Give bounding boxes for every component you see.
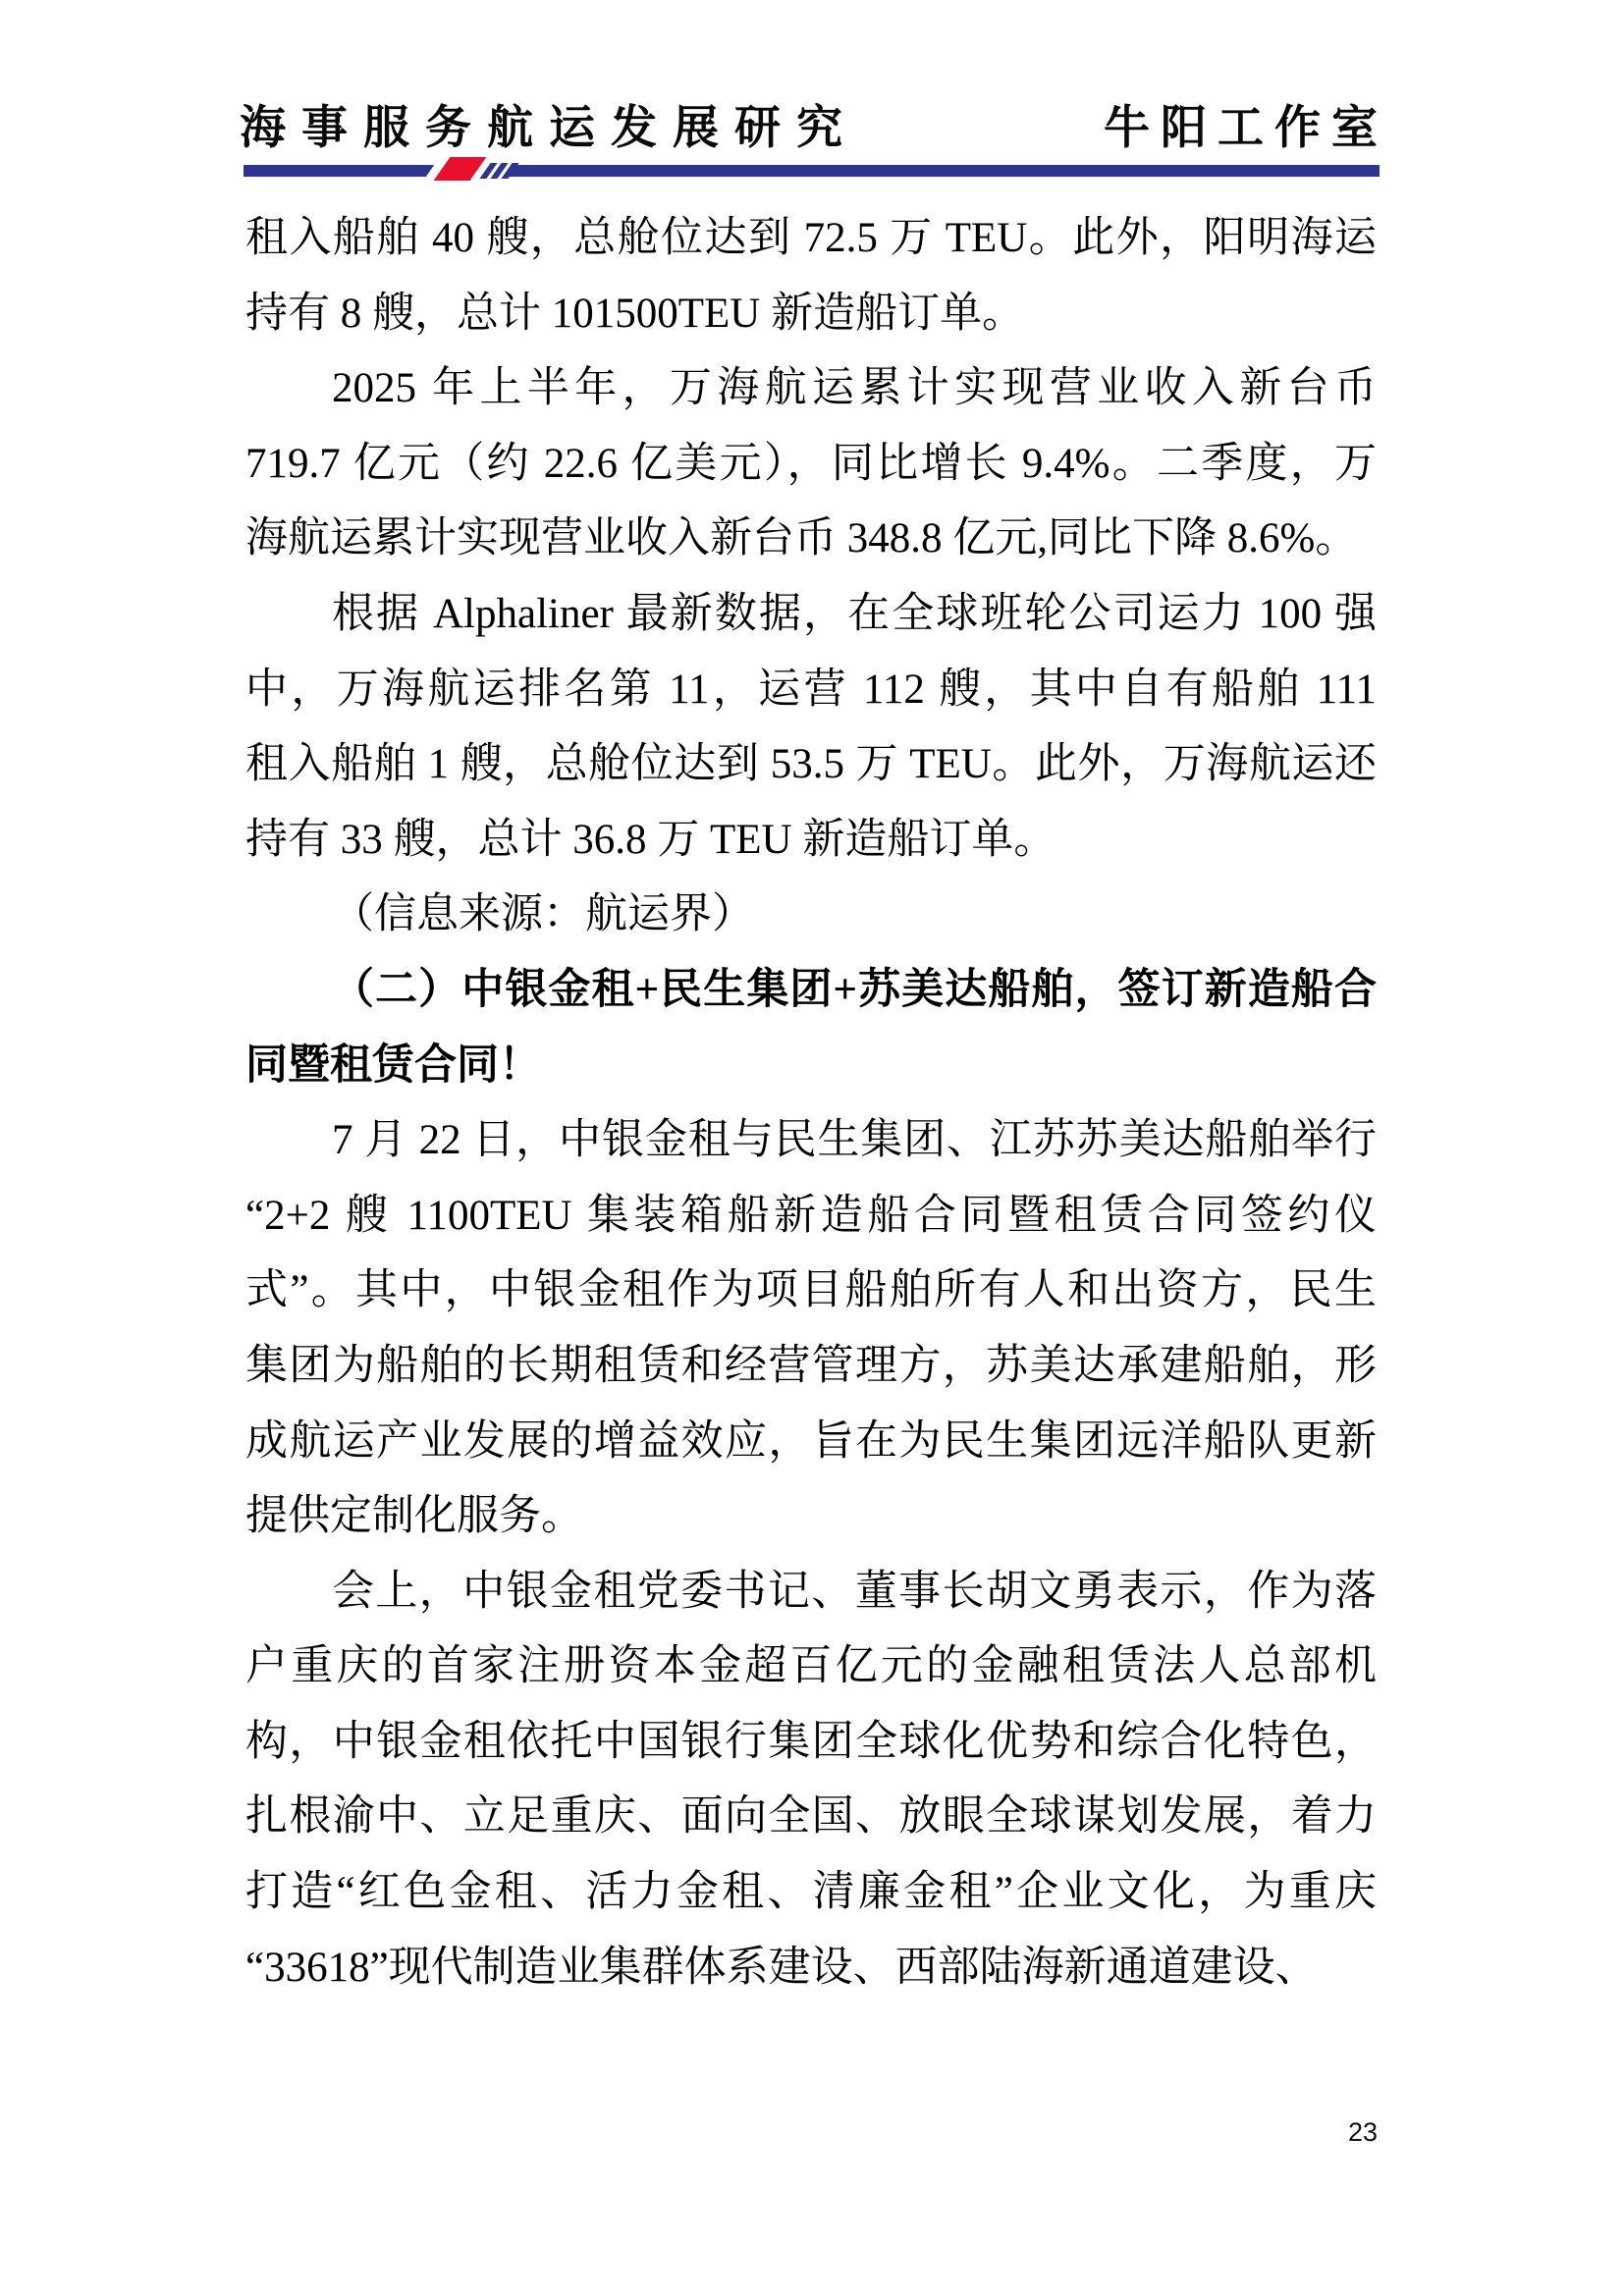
document-page: 海事服务航运发展研究 牛阳工作室 租入船舶 40 艘，总舱位达到 72.5 万 … (0, 0, 1624, 2296)
text-line: 719.7 亿元（约 22.6 亿美元），同比增长 9.4%。二季度，万 (245, 427, 1377, 503)
header-right-title: 牛阳工作室 (1104, 98, 1388, 157)
text-line: （二）中银金租+民生集团+苏美达船舶，签订新造船合 (245, 953, 1377, 1029)
text-line: 租入船舶 1 艘，总舱位达到 53.5 万 TEU。此外，万海航运还 (245, 727, 1377, 803)
text-line: （信息来源：航运界） (245, 878, 1377, 953)
text-line: 打造“红色金租、活力金租、清廉金租”企业文化，为重庆 (245, 1855, 1377, 1931)
page-number: 23 (1348, 2112, 1378, 2152)
header-left-title: 海事服务航运发展研究 (240, 98, 858, 157)
text-line: 中，万海航运排名第 11，运营 112 艘，其中自有船舶 111 艘、 (245, 653, 1377, 728)
text-line: 会上，中银金租党委书记、董事长胡文勇表示，作为落 (245, 1555, 1377, 1630)
text-line: 提供定制化服务。 (245, 1479, 1377, 1555)
text-line: 租入船舶 40 艘，总舱位达到 72.5 万 TEU。此外，阳明海运 (245, 201, 1377, 277)
text-line: 同暨租赁合同！ (245, 1029, 1377, 1104)
text-line: 持有 8 艘，总计 101500TEU 新造船订单。 (245, 277, 1377, 352)
text-line: 户重庆的首家注册资本金超百亿元的金融租赁法人总部机 (245, 1629, 1377, 1705)
text-line: 持有 33 艘，总计 36.8 万 TEU 新造船订单。 (245, 803, 1377, 879)
body-text: 租入船舶 40 艘，总舱位达到 72.5 万 TEU。此外，阳明海运持有 8 艘… (245, 201, 1377, 2005)
text-line: 集团为船舶的长期租赁和经营管理方，苏美达承建船舶，形 (245, 1329, 1377, 1405)
text-line: 7 月 22 日，中银金租与民生集团、江苏苏美达船舶举行 (245, 1103, 1377, 1179)
text-line: “2+2 艘 1100TEU 集装箱船新造船合同暨租赁合同签约仪 (245, 1179, 1377, 1255)
text-line: 扎根渝中、立足重庆、面向全国、放眼全球谋划发展，着力 (245, 1780, 1377, 1855)
text-line: 2025 年上半年，万海航运累计实现营业收入新台币 (245, 351, 1377, 427)
text-line: 成航运产业发展的增益效应，旨在为民生集团远洋船队更新 (245, 1405, 1377, 1480)
text-line: 式”。其中，中银金租作为项目船舶所有人和出资方，民生 (245, 1254, 1377, 1329)
text-line: “33618”现代制造业集群体系建设、西部陆海新通道建设、 (245, 1931, 1377, 2006)
text-line: 海航运累计实现营业收入新台币 348.8 亿元,同比下降 8.6%。 (245, 502, 1377, 577)
text-line: 构，中银金租依托中国银行集团全球化优势和综合化特色， (245, 1705, 1377, 1781)
text-line: 根据 Alphaliner 最新数据，在全球班轮公司运力 100 强 (245, 577, 1377, 653)
header-rule (244, 165, 1380, 177)
